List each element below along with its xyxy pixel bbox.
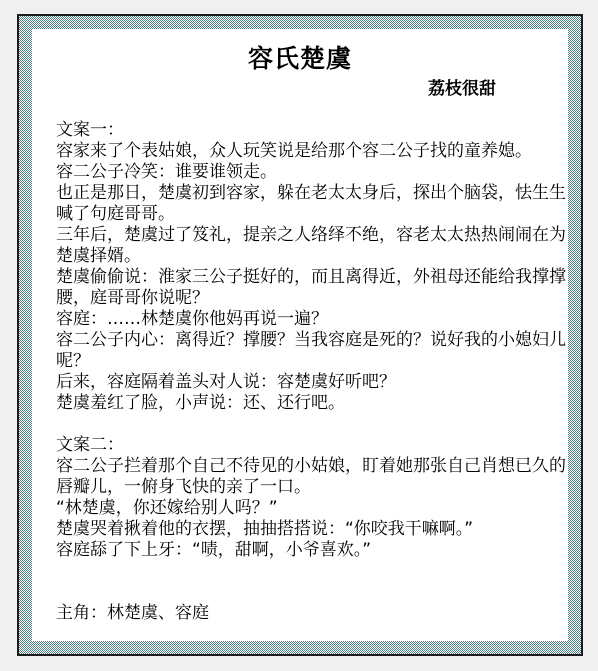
body-line: 唇瓣儿，一俯身飞快的亲了一口。 bbox=[56, 477, 562, 498]
body-line: 文案二： bbox=[56, 435, 562, 456]
body-line: 喊了句庭哥哥。 bbox=[56, 204, 562, 225]
body-line: 腰，庭哥哥你说呢？ bbox=[56, 288, 562, 309]
body-line: 呢？ bbox=[56, 351, 562, 372]
body-line: 楚虞羞红了脸，小声说：还、还行吧。 bbox=[56, 393, 562, 414]
body-text: 文案一：容家来了个表姑娘，众人玩笑说是给那个容二公子找的童养媳。容二公子冷笑：谁… bbox=[32, 120, 568, 624]
body-line bbox=[56, 561, 562, 582]
document-page: 容氏楚虞 荔枝很甜 文案一：容家来了个表姑娘，众人玩笑说是给那个容二公子找的童养… bbox=[32, 29, 568, 641]
page-title: 容氏楚虞 bbox=[32, 44, 568, 74]
body-line: “林楚虞，你还嫁给别人吗？” bbox=[56, 498, 562, 519]
body-line bbox=[56, 414, 562, 435]
body-line bbox=[56, 582, 562, 603]
body-line: 楚虞偷偷说：淮家三公子挺好的，而且离得近，外祖母还能给我撑撑 bbox=[56, 267, 562, 288]
body-line: 容家来了个表姑娘，众人玩笑说是给那个容二公子找的童养媳。 bbox=[56, 141, 562, 162]
body-line: 楚虞择婿。 bbox=[56, 246, 562, 267]
page-background: { "page": { "title": "容氏楚虞", "author": "… bbox=[0, 0, 598, 671]
body-line: 文案一： bbox=[56, 120, 562, 141]
body-line: 主角：林楚虞、容庭 bbox=[56, 603, 562, 624]
body-line: 容庭舔了下上牙：“啧，甜啊，小爷喜欢。” bbox=[56, 540, 562, 561]
author-name: 荔枝很甜 bbox=[32, 78, 568, 100]
body-line: 三年后，楚虞过了笈礼，提亲之人络绎不绝，容老太太热热闹闹在为 bbox=[56, 225, 562, 246]
body-line: 楚虞哭着揪着他的衣摆，抽抽搭搭说：“你咬我干嘛啊。” bbox=[56, 519, 562, 540]
body-line: 容庭：……林楚虞你他妈再说一遍？ bbox=[56, 309, 562, 330]
body-line: 容二公子拦着那个自己不待见的小姑娘，盯着她那张自己肖想已久的 bbox=[56, 456, 562, 477]
body-line: 也正是那日，楚虞初到容家，躲在老太太身后，探出个脑袋，怯生生 bbox=[56, 183, 562, 204]
document-frame: 容氏楚虞 荔枝很甜 文案一：容家来了个表姑娘，众人玩笑说是给那个容二公子找的童养… bbox=[17, 14, 583, 656]
body-line: 容二公子冷笑：谁要谁领走。 bbox=[56, 162, 562, 183]
body-line: 容二公子内心：离得近？撑腰？当我容庭是死的？说好我的小媳妇儿 bbox=[56, 330, 562, 351]
body-line: 后来，容庭隔着盖头对人说：容楚虞好听吧？ bbox=[56, 372, 562, 393]
